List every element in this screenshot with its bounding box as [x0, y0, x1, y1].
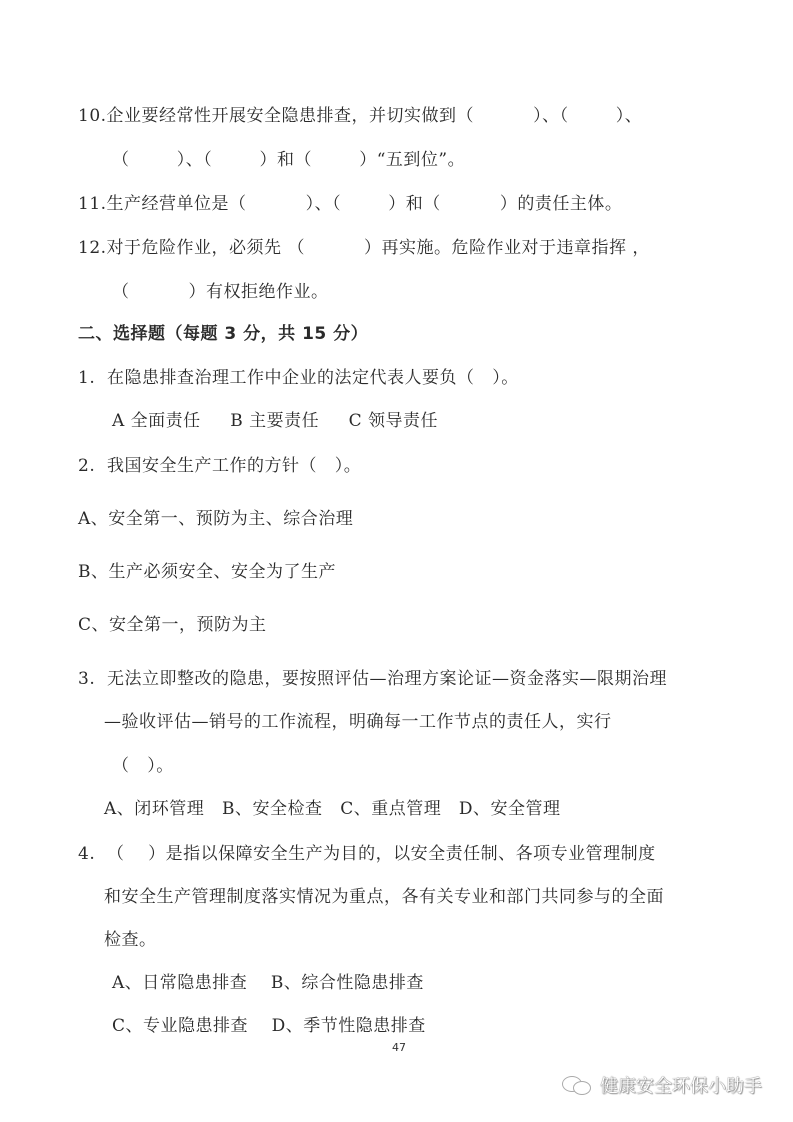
- q10-line2: （ ）、（ ）和（ ）“五到位”。: [112, 149, 465, 171]
- watermark-text: 健康安全环保小助手: [600, 1072, 762, 1098]
- page-number: 47: [392, 1041, 406, 1054]
- q4-stem-line3: 检查。: [104, 929, 157, 951]
- q2-option-a: A、安全第一、预防为主、综合治理: [78, 508, 353, 530]
- q12-line2: （ ）有权拒绝作业。: [112, 281, 329, 303]
- q2-stem: 2. 我国安全生产工作的方针（ ）。: [78, 455, 361, 477]
- q4-options-row1: A、日常隐患排查 B、综合性隐患排查: [112, 972, 424, 994]
- q11-line1: 11.生产经营单位是（ ）、（ ）和（ ）的责任主体。: [78, 193, 622, 215]
- q3-stem-line2: —验收评估—销号的工作流程，明确每一工作节点的责任人，实行: [104, 711, 612, 733]
- watermark: 健康安全环保小助手: [562, 1072, 762, 1098]
- q3-options: A、闭环管理 B、安全检查 C、重点管理 D、安全管理: [104, 798, 561, 820]
- q1-options: A 全面责任 B 主要责任 C 领导责任: [112, 410, 438, 432]
- q4-stem-line1: 4. （ ）是指以保障安全生产为目的，以安全责任制、各项专业管理制度: [78, 843, 656, 865]
- q2-option-c: C、安全第一，预防为主: [78, 614, 267, 636]
- wechat-icon: [562, 1074, 592, 1096]
- q1-stem: 1. 在隐患排查治理工作中企业的法定代表人要负（ ）。: [78, 367, 519, 389]
- section-heading: 二、选择题（每题 3 分，共 15 分）: [78, 323, 368, 345]
- q3-stem-line3: （ ）。: [112, 755, 174, 777]
- q4-stem-line2: 和安全生产管理制度落实情况为重点，各有关专业和部门共同参与的全面: [104, 886, 664, 908]
- q3-stem-line1: 3. 无法立即整改的隐患，要按照评估—治理方案论证—资金落实—限期治理: [78, 668, 667, 690]
- q12-line1: 12.对于危险作业，必须先 （ ）再实施。危险作业对于违章指挥 ，: [78, 237, 650, 259]
- q10-line1: 10.企业要经常性开展安全隐患排查，并切实做到（ ）、（ ）、: [78, 105, 642, 127]
- q2-option-b: B、生产必须安全、安全为了生产: [78, 561, 336, 583]
- q4-options-row2: C、专业隐患排查 D、季节性隐患排查: [112, 1015, 426, 1037]
